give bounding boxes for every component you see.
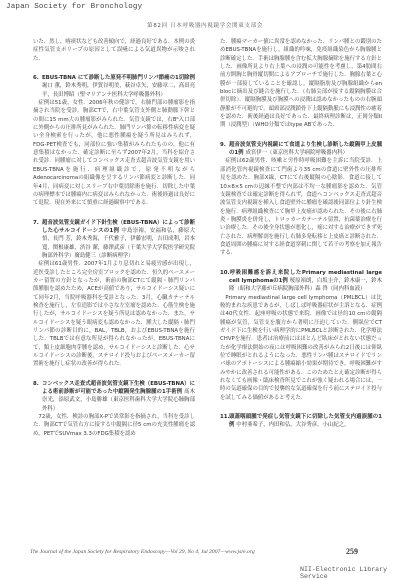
abstract-title: 8.コンベックス走査式超音波気管支鏡下生検（EBUS-TBNA）による術前診断が… xyxy=(33,380,195,413)
abstract-body: 症例は61歳男性．2007年1月より息切れと易疲労感が出現し，近医受診したところ… xyxy=(33,260,195,368)
abstract-9: 9.超音波気管支内視鏡にて食道より生検し診断した縦隔甲上皮腫の1例 成宮伊一（東… xyxy=(220,141,382,258)
abstract-body: Primary mediastinal large cell lymphoma（… xyxy=(220,294,382,402)
continued-text: いた．然し，喀痰状なども改善傾向で，経過良好である．本例の炎症性気管支ポリープの… xyxy=(33,38,195,63)
abstract-11: 11.頭蓋咽頭腫で発症し気管支鏡下に切除した気管支内過誤腫の1例 中村亜希子，内… xyxy=(220,413,382,430)
left-column: いた．然し，喀痰状なども改善傾向で，経過良好である．本例の炎症性気管支ポリープの… xyxy=(33,38,195,438)
nii-service-label: NII-Electronic Library Service xyxy=(300,566,410,580)
journal-citation: The Journal of the Japan Society for Res… xyxy=(30,549,255,555)
abstract-title: 9.超音波気管支内視鏡にて食道より生検し診断した縦隔甲上皮腫の1例 成宮伊一（東… xyxy=(220,141,382,158)
abstract-body: 72歳，女性．検診の胸部X-Pで異常影を指摘され，当科を受診した．胸部CTで気管… xyxy=(33,413,195,438)
abstract-6: 6.EBUS-TBNA にて診断した原発不明肺門リンパ節癌の1切除例 堀口 薫，… xyxy=(33,74,195,208)
abstract-title: 7.超音波気管支鏡ガイド下針生検（EBUS-TBNA）によって診断した心サルコイ… xyxy=(33,219,195,261)
right-column: た．腫瘍マーカー値に異常を認めなかった．リンパ腫との鑑別のためEBUS-TBNA… xyxy=(220,38,382,430)
abstract-title: 10.呼吸困難感を訴え来院したPrimary mediastinal large… xyxy=(220,269,382,294)
abstract-7: 7.超音波気管支鏡ガイド下針生検（EBUS-TBNA）によって診断した心サルコイ… xyxy=(33,219,195,369)
abstract-body: 症例は62歳男性．咳嗽と労作時呼吸困難を主訴に当院受診．上部消化管内視鏡検査にて… xyxy=(220,157,382,257)
abstract-8: 8.コンベックス走査式超音波気管支鏡下生検（EBUS-TBNA）による術前診断が… xyxy=(33,380,195,438)
abstract-authors: 堀口 薫，鈴木秀明，伊賀谷明美，萩谷卓矢，安藤章二，高田亮平，長田博昭（聖マリア… xyxy=(42,83,195,97)
abstract-10: 10.呼吸困難感を訴え来院したPrimary mediastinal large… xyxy=(220,269,382,403)
abstract-title: 11.頭蓋咽頭腫で発症し気管支鏡下に切除した気管支内過誤腫の1例 中村亜希子，内… xyxy=(220,413,382,430)
abstract-authors: 成宮伊一（東京医科大学病院呼吸器内科） xyxy=(245,150,347,156)
society-name: Japan Society for Bronchology xyxy=(6,3,142,11)
running-head: 第82回 日本呼吸器内視鏡学会関東支部会 xyxy=(0,21,410,29)
abstract-body: 症例は51歳，女性．2006年秋の健診で，右肺門部の腫瘤影を指摘され当院を受診．… xyxy=(33,99,195,207)
abstract-authors: 中村亜希子，内田和弘，大谷秀彦，小山紀之， xyxy=(236,422,349,428)
abstract-title: 6.EBUS-TBNA にて診断した原発不明肺門リンパ節癌の1切除例 堀口 薫，… xyxy=(33,74,195,99)
continued-text: た．腫瘍マーカー値に異常を認めなかった．リンパ腫との鑑別のためEBUS-TBNA… xyxy=(220,38,382,130)
page-number: 259 xyxy=(346,547,358,556)
